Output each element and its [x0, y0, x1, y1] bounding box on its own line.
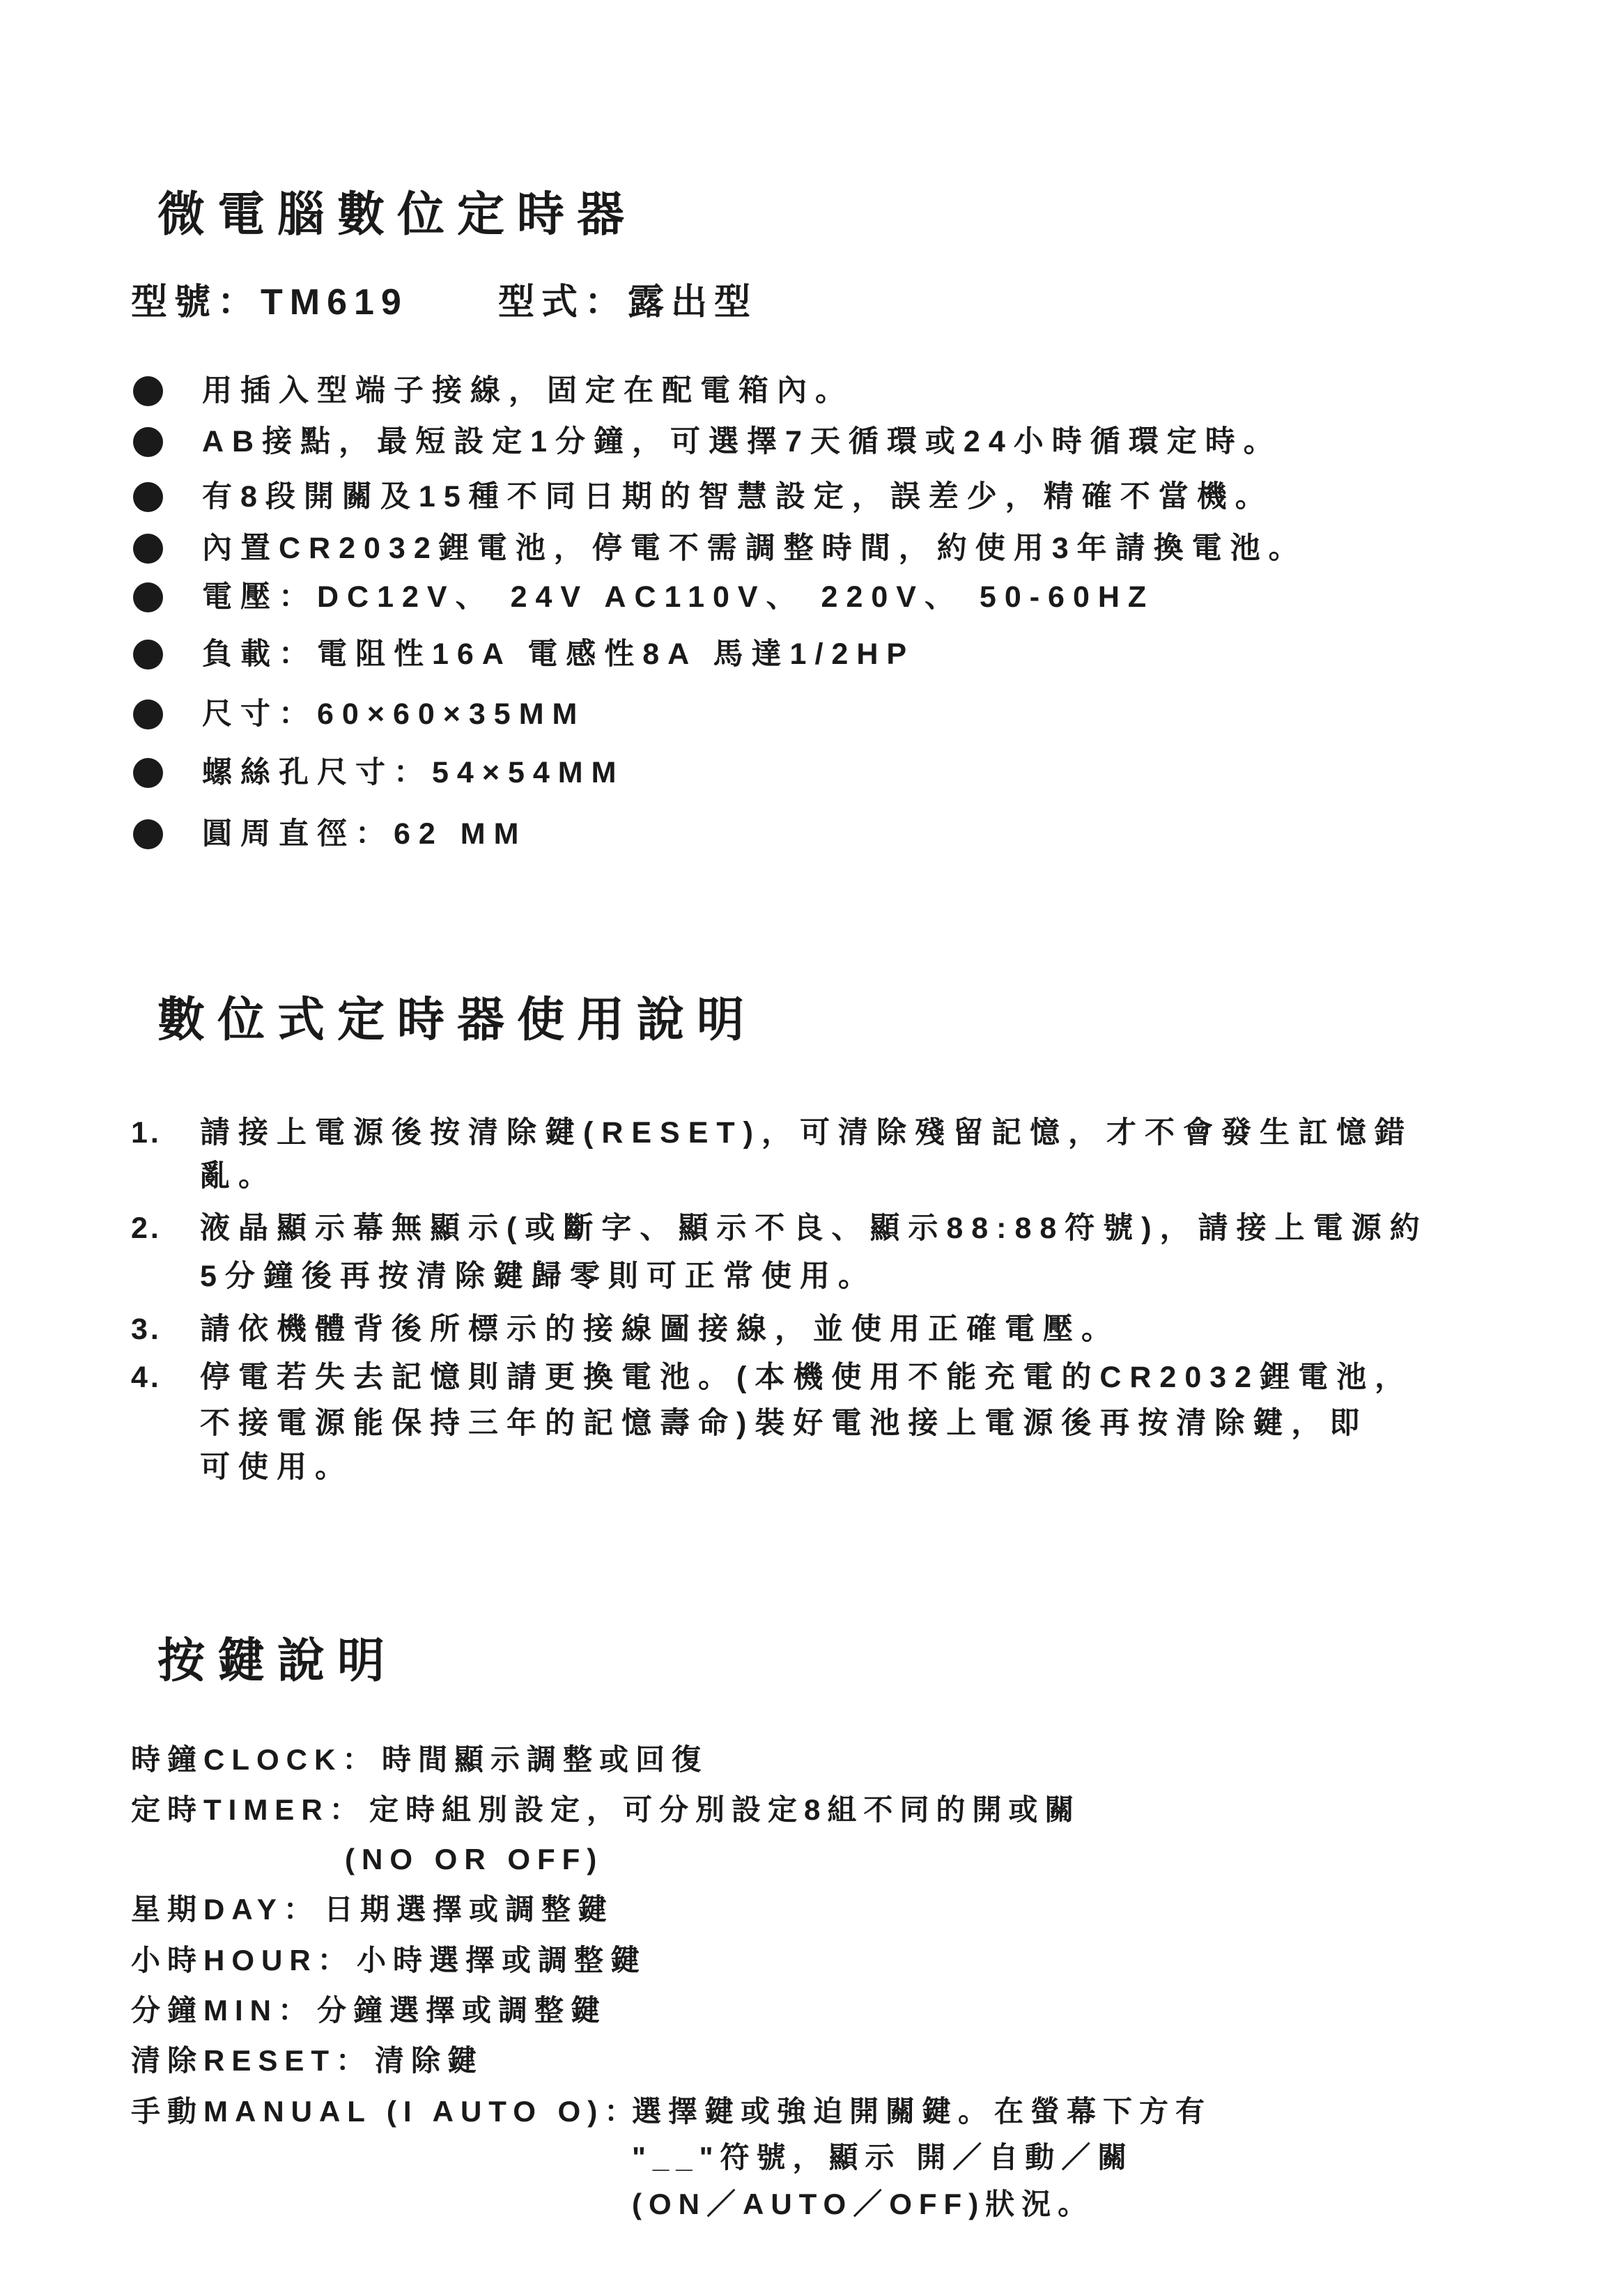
- key-desc-day: 日期選擇或調整鍵: [324, 1895, 614, 1924]
- feature-item-diameter: 圓周直徑：62 MM: [202, 819, 527, 849]
- feature-item-voltage: 電壓：DC12V、 24V AC110V、 220V、 50-60HZ: [202, 582, 1154, 612]
- bullet-icon: [133, 534, 163, 564]
- product-title: 微電腦數位定時器: [157, 191, 637, 238]
- key-desc-manual-cont: "__"符號，顯示 開／自動／關: [632, 2143, 1134, 2172]
- step-text: 不接電源能保持三年的記憶壽命)裝好電池接上電源後再按清除鍵，即: [200, 1409, 1368, 1439]
- step-text: 5分鐘後再按清除鍵歸零則可正常使用。: [200, 1262, 876, 1292]
- bullet-icon: [133, 819, 163, 849]
- feature-item: 有8段開關及15種不同日期的智慧設定，誤差少，精確不當機。: [202, 482, 1274, 512]
- step-number: 1.: [131, 1118, 162, 1148]
- key-label-manual: 手動MANUAL (I AUTO O)：: [131, 2097, 640, 2126]
- feature-item-screw-hole: 螺絲孔尺寸：54×54MM: [202, 758, 624, 788]
- feature-item-size: 尺寸：60×60×35MM: [202, 699, 585, 729]
- bullet-icon: [133, 758, 163, 788]
- bullet-icon: [133, 376, 163, 406]
- key-desc-reset: 清除鍵: [375, 2046, 484, 2075]
- feature-item: 用插入型端子接線，固定在配電箱內。: [202, 376, 853, 406]
- key-label-reset: 清除RESET：: [131, 2046, 372, 2075]
- bullet-icon: [133, 427, 163, 457]
- feature-item: 內置CR2032鋰電池，停電不需調整時間，約使用3年請換電池。: [202, 534, 1307, 564]
- key-desc-manual-cont: (ON／AUTO／OFF)狀況。: [632, 2190, 1094, 2219]
- bullet-icon: [133, 699, 163, 729]
- step-text: 請依機體背後所標示的接線圖接線，並使用正確電壓。: [200, 1315, 1120, 1345]
- step-text: 液晶顯示幕無顯示(或斷字、顯示不良、顯示88:88符號)，請接上電源約: [200, 1214, 1428, 1244]
- step-text: 可使用。: [200, 1453, 353, 1483]
- keys-title: 按鍵說明: [157, 1637, 397, 1685]
- key-label-min: 分鐘MIN：: [131, 1996, 314, 2025]
- bullet-icon: [133, 482, 163, 512]
- key-label-timer: 定時TIMER：: [131, 1795, 366, 1825]
- key-label-hour: 小時HOUR：: [131, 1946, 354, 1975]
- key-desc-timer: 定時組別設定，可分別設定8組不同的開或關: [369, 1795, 1081, 1825]
- bullet-icon: [133, 640, 163, 670]
- feature-item: AB接點，最短設定1分鐘，可選擇7天循環或24小時循環定時。: [202, 427, 1282, 457]
- step-number: 4.: [131, 1363, 162, 1393]
- usage-title: 數位式定時器使用說明: [157, 996, 757, 1044]
- feature-item-load: 負載：電阻性16A 電感性8A 馬達1/2HP: [202, 640, 915, 670]
- model-number: 型號：TM619: [131, 284, 408, 320]
- mount-type: 型式：露出型: [498, 284, 757, 320]
- step-number: 3.: [131, 1315, 162, 1345]
- key-label-clock: 時鐘CLOCK：: [131, 1745, 378, 1774]
- bullet-icon: [133, 582, 163, 612]
- key-label-day: 星期DAY：: [131, 1895, 320, 1924]
- key-desc-manual: 選擇鍵或強迫開關鍵。在螢幕下方有: [632, 2097, 1212, 2126]
- key-desc-hour: 小時選擇或調整鍵: [357, 1946, 647, 1975]
- step-text: 亂。: [200, 1161, 277, 1191]
- key-desc-timer-cont: (NO OR OFF): [345, 1845, 603, 1874]
- key-desc-min: 分鐘選擇或調整鍵: [317, 1996, 607, 2025]
- step-text: 停電若失去記憶則請更換電池。(本機使用不能充電的CR2032鋰電池，: [200, 1363, 1413, 1393]
- key-desc-clock: 時間顯示調整或回復: [382, 1745, 708, 1774]
- step-text: 請接上電源後按清除鍵(RESET)，可清除殘留記憶，才不會發生訌憶錯: [200, 1118, 1413, 1148]
- step-number: 2.: [131, 1214, 162, 1244]
